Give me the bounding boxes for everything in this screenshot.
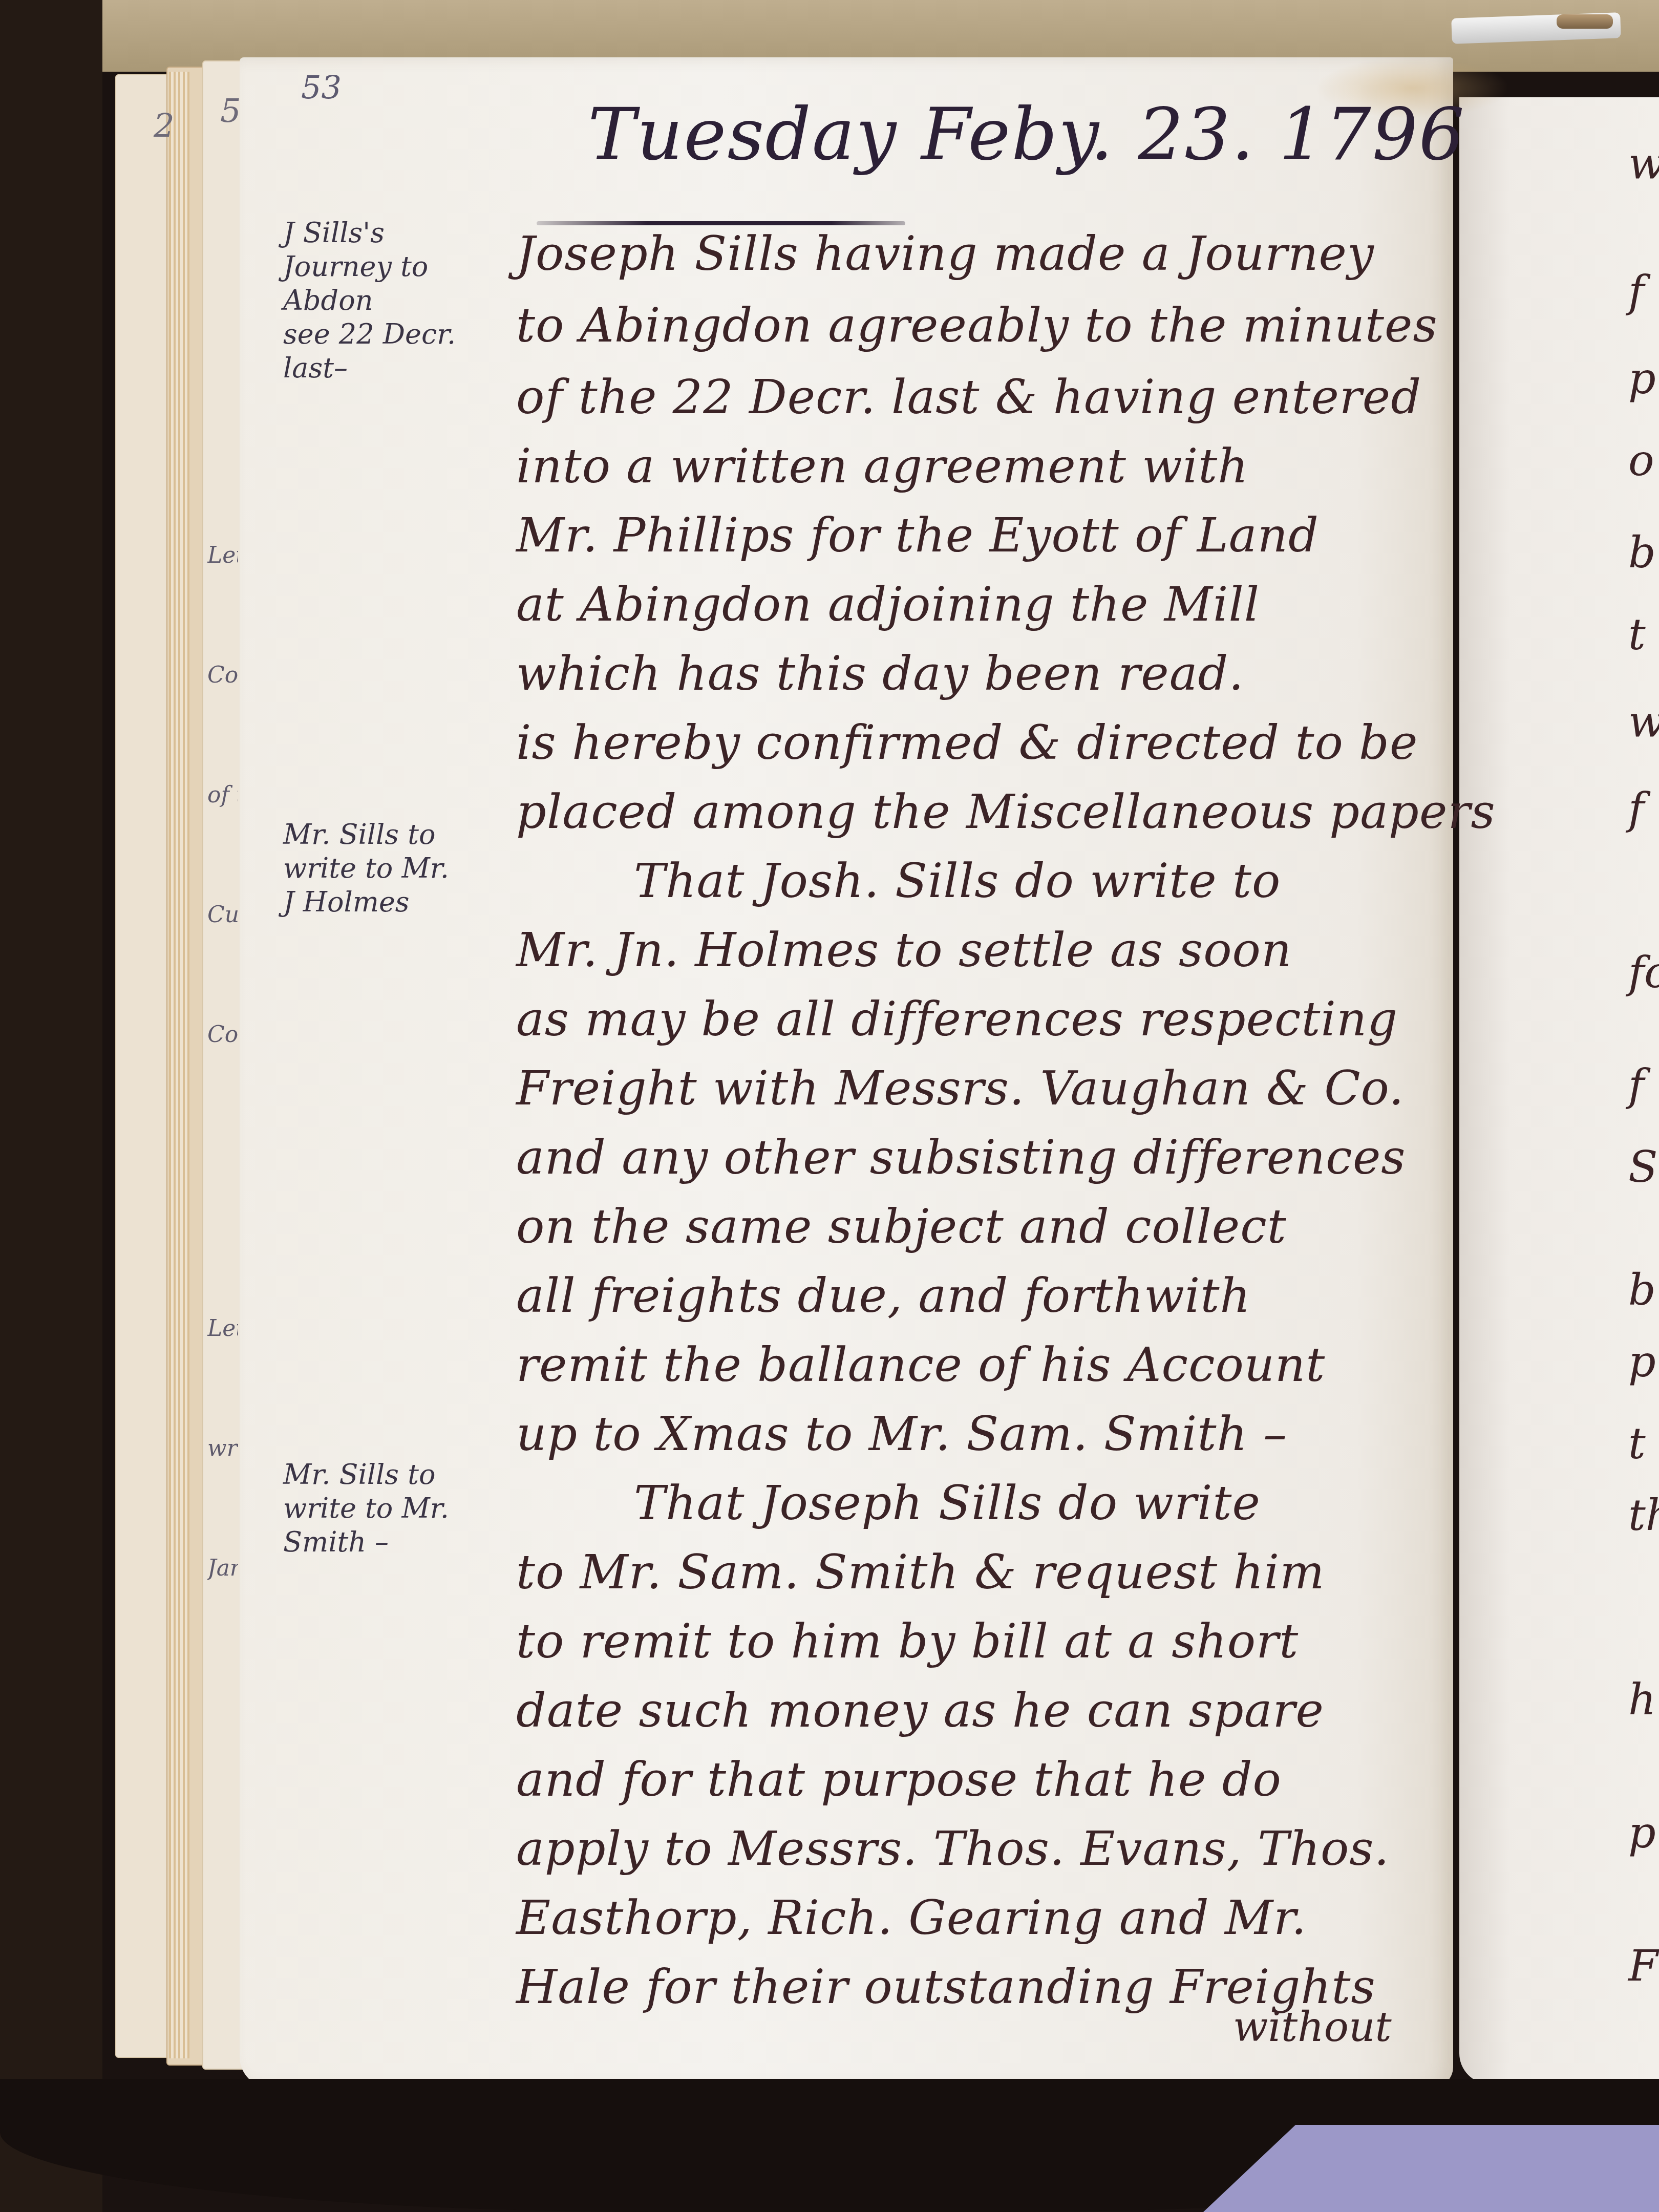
margin-note-line: Journey to Abdon bbox=[283, 250, 524, 317]
page-number: 53 bbox=[301, 69, 342, 106]
margin-note-line: Mr. Sills to bbox=[283, 818, 524, 852]
margin-note-line: last– bbox=[283, 351, 524, 385]
body-line: which has this day been read. bbox=[516, 646, 1244, 701]
body-line: to remit to him by bill at a short bbox=[516, 1614, 1299, 1669]
previous-page-number: 2 bbox=[154, 108, 175, 145]
edge-note-line: wri bbox=[207, 1429, 238, 1469]
body-line: all freights due, and forthwith bbox=[516, 1268, 1251, 1323]
body-line: That Joseph Sills do write bbox=[634, 1476, 1261, 1530]
facing-text-fragment: b bbox=[1628, 527, 1656, 578]
body-line: into a written agreement with bbox=[516, 439, 1249, 494]
body-line: Freight with Messrs. Vaughan & Co. bbox=[516, 1061, 1405, 1116]
edge-note-lower: Let wri Jan bbox=[207, 1229, 238, 1628]
body-line: placed among the Miscellaneous papers bbox=[516, 784, 1496, 839]
body-line: is hereby confirmed & directed to be bbox=[516, 715, 1418, 770]
facing-text-fragment: f bbox=[1628, 783, 1644, 834]
facing-text-fragment: p bbox=[1628, 1807, 1656, 1858]
page-heading-date: Tuesday Feby. 23. 1796 bbox=[588, 93, 1465, 177]
body-line: That Josh. Sills do write to bbox=[634, 854, 1281, 908]
facing-text-fragment: t bbox=[1628, 609, 1646, 660]
body-line: Joseph Sills having made a Journey bbox=[516, 226, 1374, 281]
facing-text-fragment: f bbox=[1628, 266, 1644, 316]
edge-note-line: Con bbox=[207, 655, 238, 695]
body-line: up to Xmas to Mr. Sam. Smith – bbox=[516, 1407, 1287, 1461]
clip-tip bbox=[1557, 14, 1613, 29]
facing-text-fragment: w bbox=[1628, 138, 1659, 188]
edge-note-line: Con bbox=[207, 1015, 238, 1055]
body-line: apply to Messrs. Thos. Evans, Thos. bbox=[516, 1821, 1390, 1876]
facing-text-fragment: o bbox=[1628, 435, 1654, 485]
body-line: Mr. Jn. Holmes to settle as soon bbox=[516, 923, 1292, 977]
margin-note-line: see 22 Decr. bbox=[283, 317, 524, 351]
margin-note-line: write to Mr. bbox=[283, 852, 524, 885]
edge-note-line: Cus bbox=[207, 895, 238, 935]
edge-note-line: Jan bbox=[207, 1548, 238, 1588]
facing-text-fragment: p bbox=[1628, 1336, 1656, 1387]
heading-underline bbox=[537, 221, 905, 225]
page-edges bbox=[169, 72, 189, 2058]
manuscript-page: 53 Tuesday Feby. 23. 1796 J Sills's Jour… bbox=[240, 57, 1453, 2088]
edge-note-upper: Let Con of t Cus Con bbox=[207, 456, 238, 1095]
catchword: without bbox=[1233, 2003, 1392, 2051]
facing-text-fragment: h bbox=[1628, 1674, 1656, 1725]
body-line: and any other subsisting differences bbox=[516, 1130, 1406, 1185]
facing-text-fragment: S bbox=[1628, 1142, 1658, 1192]
facing-text-fragment: F bbox=[1628, 1941, 1658, 1991]
body-line: and for that purpose that he do bbox=[516, 1752, 1282, 1807]
facing-text-fragment: w bbox=[1628, 696, 1659, 747]
facing-text-fragment: p bbox=[1628, 353, 1656, 403]
body-line: remit the ballance of his Account bbox=[516, 1337, 1325, 1392]
body-line: Easthorp, Rich. Gearing and Mr. bbox=[516, 1890, 1307, 1945]
body-line: on the same subject and collect bbox=[516, 1199, 1287, 1254]
edge-note-line: of t bbox=[207, 775, 238, 815]
body-line: at Abingdon adjoining the Mill bbox=[516, 577, 1260, 632]
facing-text-fragment: b bbox=[1628, 1265, 1656, 1315]
edge-note-line: Let bbox=[207, 536, 238, 576]
facing-page: w f p o b t w f fo f S b p t th h p F bbox=[1459, 97, 1659, 2084]
facing-text-fragment: th bbox=[1628, 1490, 1659, 1540]
facing-text-fragment: fo bbox=[1628, 947, 1659, 997]
body-line: as may be all differences respecting bbox=[516, 992, 1398, 1047]
facing-text-fragment: f bbox=[1628, 1060, 1644, 1110]
body-line: to Abingdon agreeably to the minutes bbox=[516, 298, 1438, 353]
body-line: of the 22 Decr. last & having entered bbox=[516, 370, 1421, 424]
body-line: to Mr. Sam. Smith & request him bbox=[516, 1545, 1325, 1600]
margin-note-line: Mr. Sills to bbox=[283, 1458, 524, 1492]
edge-note-line: Let bbox=[207, 1309, 238, 1349]
book-cover-left bbox=[0, 0, 102, 2212]
margin-note-smith: Mr. Sills to write to Mr. Smith – bbox=[283, 1458, 524, 1559]
margin-note-line: J Holmes bbox=[283, 885, 524, 919]
facing-text-fragment: t bbox=[1628, 1418, 1646, 1469]
margin-note-line: write to Mr. bbox=[283, 1492, 524, 1525]
margin-note-journey: J Sills's Journey to Abdon see 22 Decr. … bbox=[283, 216, 524, 385]
margin-note-line: Smith – bbox=[283, 1525, 524, 1559]
body-line: date such money as he can spare bbox=[516, 1683, 1324, 1738]
margin-note-holmes: Mr. Sills to write to Mr. J Holmes bbox=[283, 818, 524, 919]
body-line: Mr. Phillips for the Eyott of Land bbox=[516, 508, 1319, 563]
margin-note-line: J Sills's bbox=[283, 216, 524, 250]
